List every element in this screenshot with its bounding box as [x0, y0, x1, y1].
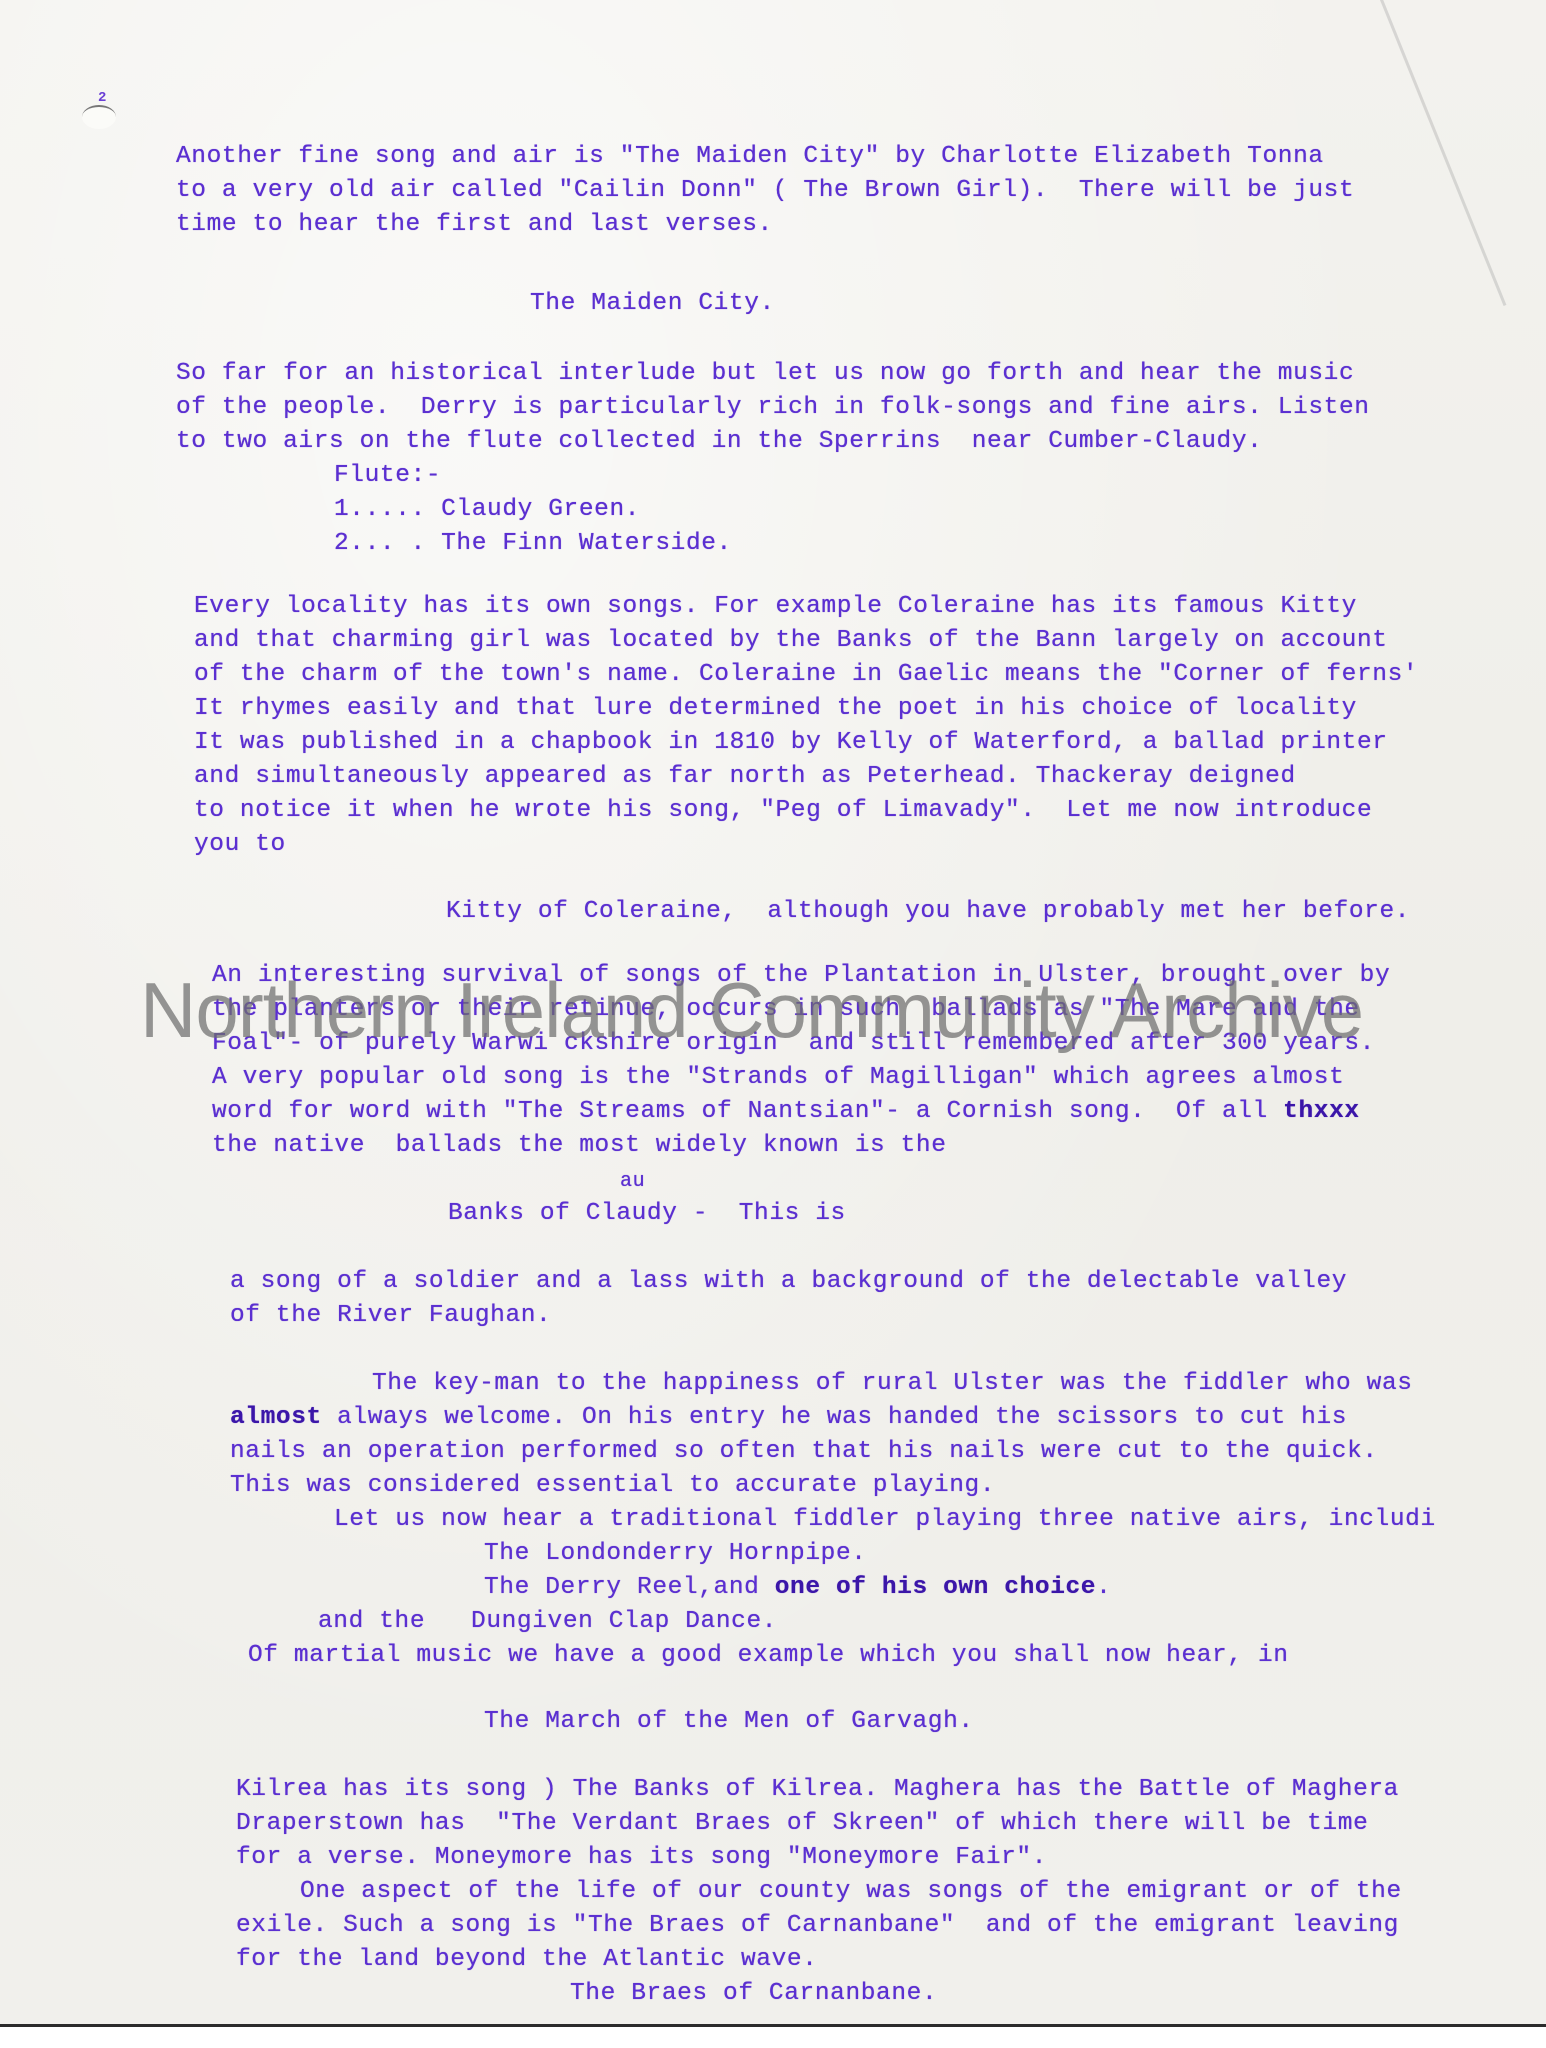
text-line: the native ballads the most widely known…	[212, 1132, 947, 1159]
text-line: It rhymes easily and that lure determine…	[194, 695, 1357, 722]
text-line: Draperstown has "The Verdant Braes of Sk…	[236, 1810, 1368, 1837]
text-segment: word for word with "The Streams of Nants…	[212, 1098, 1283, 1125]
text-line: for the land beyond the Atlantic wave.	[236, 1946, 818, 1973]
text-line: One aspect of the life of our county was…	[300, 1878, 1402, 1905]
song-title: The Braes of Carnanbane.	[570, 1980, 937, 2007]
text-line: It was published in a chapbook in 1810 b…	[194, 729, 1388, 756]
handwritten-correction: au	[620, 1170, 645, 1193]
text-line: The key-man to the happiness of rural Ul…	[372, 1370, 1413, 1397]
struck-out-text: one of his own choice	[775, 1574, 1096, 1601]
text-segment: .	[1096, 1574, 1111, 1601]
list-item: and the Dungiven Clap Dance.	[318, 1608, 777, 1635]
page-marker: 2	[98, 90, 106, 106]
text-line: almost always welcome. On his entry he w…	[230, 1404, 1347, 1431]
text-line: This was considered essential to accurat…	[230, 1472, 995, 1499]
list-item: 1..... Claudy Green.	[334, 496, 640, 523]
text-line: and that charming girl was located by th…	[194, 627, 1388, 654]
text-line: time to hear the first and last verses.	[176, 211, 773, 238]
text-line: of the charm of the town's name. Colerai…	[194, 661, 1418, 688]
text-line: Let us now hear a traditional fiddler pl…	[334, 1506, 1436, 1533]
text-line: nails an operation performed so often th…	[230, 1438, 1378, 1465]
text-line: Kilrea has its song ) The Banks of Kilre…	[236, 1776, 1399, 1803]
text-line: A very popular old song is the "Strands …	[212, 1064, 1344, 1091]
paper-fold-crease	[1380, 0, 1506, 306]
song-title: Kitty of Coleraine, although you have pr…	[446, 898, 1410, 925]
text-line: and simultaneously appeared as far north…	[194, 763, 1296, 790]
text-line: Of martial music we have a good example …	[248, 1642, 1289, 1669]
archive-watermark: Northern Ireland Community Archive	[140, 965, 1363, 1056]
text-line: a song of a soldier and a lass with a ba…	[230, 1268, 1347, 1295]
text-line: exile. Such a song is "The Braes of Carn…	[236, 1912, 1399, 1939]
text-line: of the River Faughan.	[230, 1302, 551, 1329]
song-title: The March of the Men of Garvagh.	[484, 1708, 974, 1735]
struck-out-text: almost	[230, 1404, 322, 1431]
text-line: to notice it when he wrote his song, "Pe…	[194, 797, 1372, 824]
text-segment: always welcome. On his entry he was hand…	[322, 1404, 1347, 1431]
text-line: word for word with "The Streams of Nants…	[212, 1098, 1360, 1125]
text-line: of the people. Derry is particularly ric…	[176, 394, 1370, 421]
text-line: So far for an historical interlude but l…	[176, 360, 1354, 387]
typed-page: 2 Another fine song and air is "The Maid…	[0, 0, 1546, 2028]
text-line: to a very old air called "Cailin Donn" (…	[176, 177, 1354, 204]
list-heading: Flute:-	[334, 462, 441, 489]
list-item: 2... . The Finn Waterside.	[334, 530, 732, 557]
list-item: The Londonderry Hornpipe.	[484, 1540, 867, 1567]
page-bottom-edge	[0, 2024, 1546, 2048]
struck-out-text: thxxx	[1283, 1098, 1360, 1125]
text-line: you to	[194, 831, 286, 858]
song-title: Banks of Claudy - This is	[448, 1200, 846, 1227]
song-title: The Maiden City.	[530, 290, 775, 317]
text-line: Every locality has its own songs. For ex…	[194, 593, 1357, 620]
text-segment: The Derry Reel,and	[484, 1574, 775, 1601]
list-item: The Derry Reel,and one of his own choice…	[484, 1574, 1111, 1601]
text-line: for a verse. Moneymore has its song "Mon…	[236, 1844, 1047, 1871]
text-line: to two airs on the flute collected in th…	[176, 428, 1262, 455]
text-line: Another fine song and air is "The Maiden…	[176, 143, 1324, 170]
punch-hole	[82, 105, 116, 129]
